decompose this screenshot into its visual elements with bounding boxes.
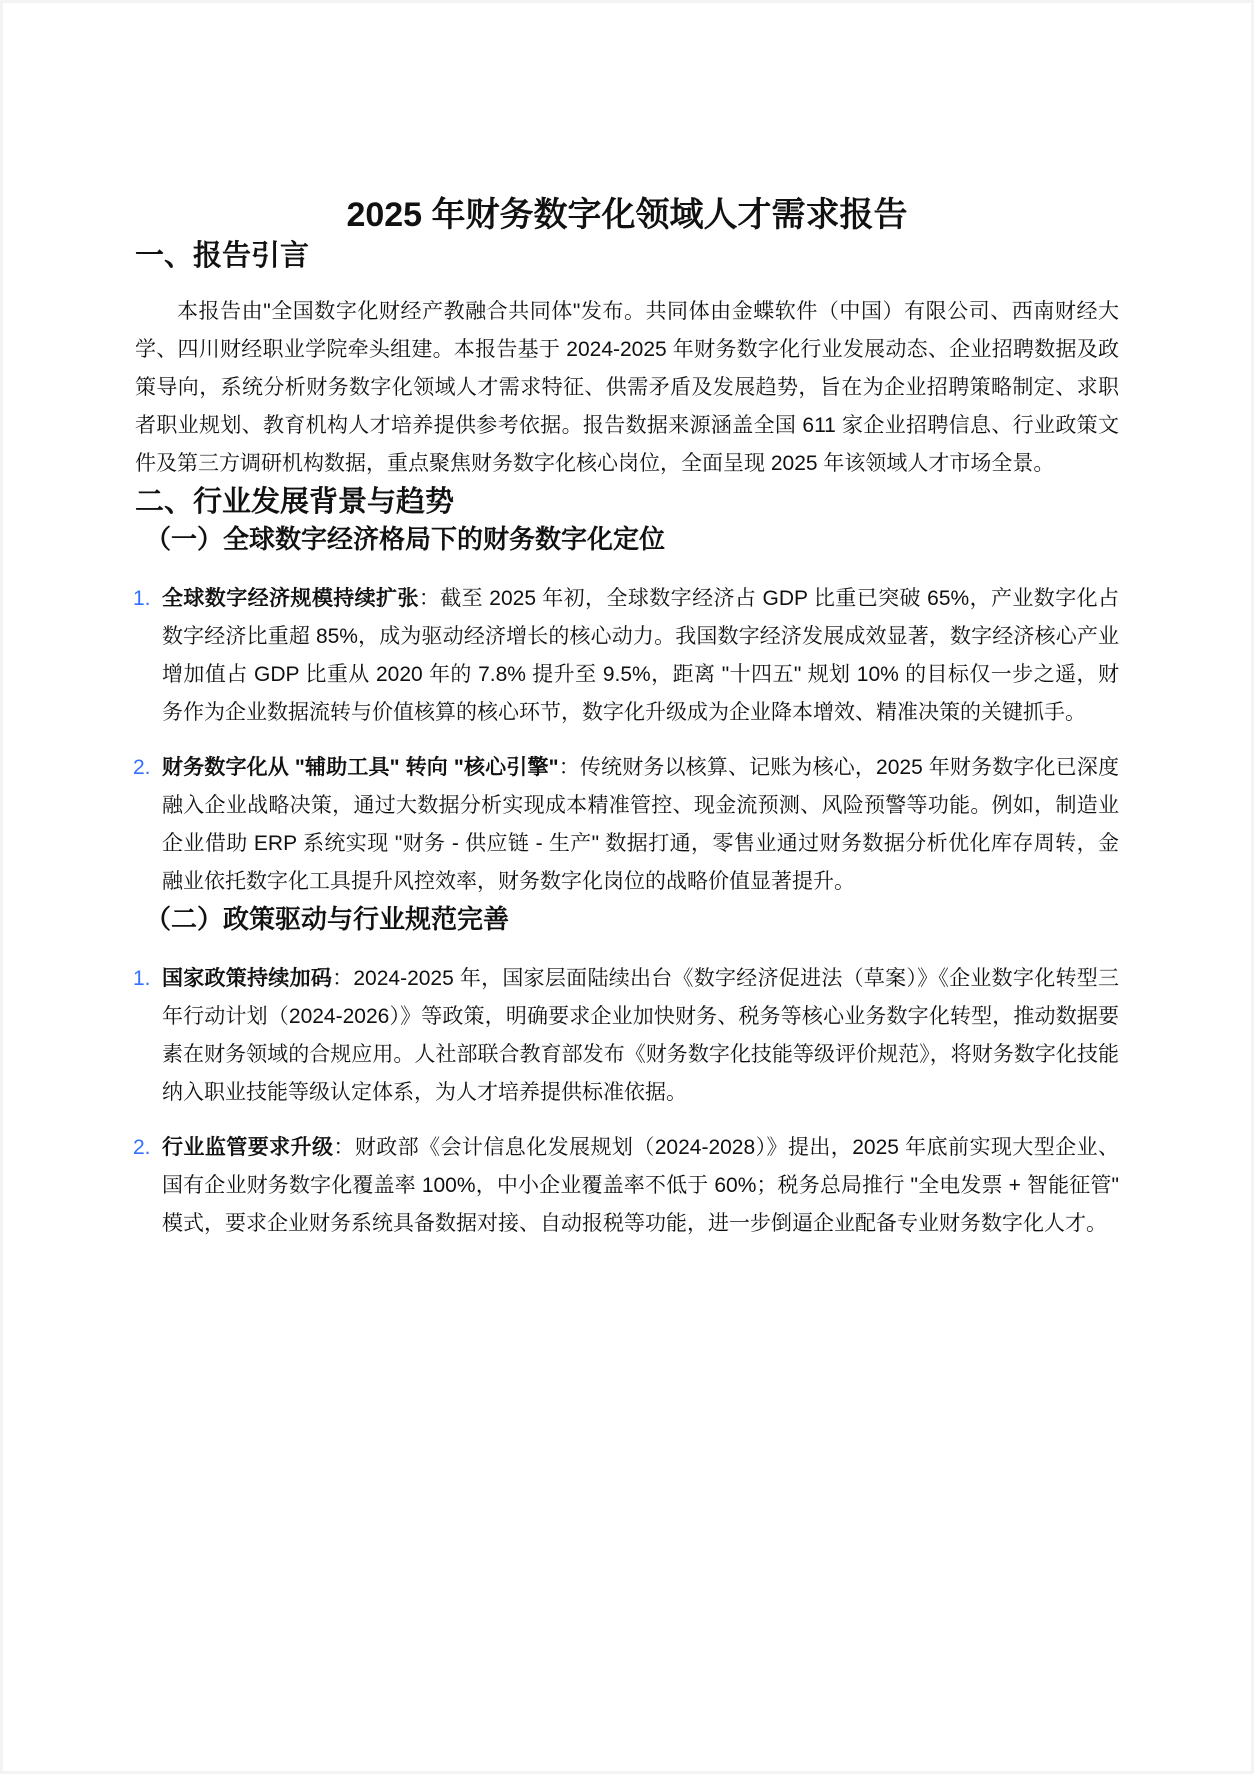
document-viewport: { "doc": { "title": "2025 年财务数字化领域人才需求报告… [0,0,1254,1774]
intro-paragraph: 本报告由"全国数字化财经产教融合共同体"发布。共同体由金蝶软件（中国）有限公司、… [135,293,1119,483]
list-item-label: 财务数字化从 "辅助工具" 转向 "核心引擎" [162,756,559,779]
document-title: 2025 年财务数字化领域人才需求报告 [135,3,1119,237]
list-item-number: 1. [133,580,151,618]
list-item-number: 1. [133,960,151,998]
list-item-number: 2. [133,1129,151,1167]
document-page: 2025 年财务数字化领域人才需求报告 一、报告引言 本报告由"全国数字化财经产… [3,3,1251,1243]
ordered-list-global-economy: 1. 全球数字经济规模持续扩张：截至 2025 年初，全球数字经济占 GDP 比… [135,580,1119,901]
list-item-label: 行业监管要求升级 [162,1136,333,1159]
subsection-policy-heading: （二）政策驱动与行业规范完善 [145,901,1119,937]
list-item: 1. 国家政策持续加码：2024-2025 年，国家层面陆续出台《数字经济促进法… [135,960,1119,1112]
list-item-label: 全球数字经济规模持续扩张 [162,587,419,610]
list-item-label: 国家政策持续加码 [162,967,332,990]
subsection-global-economy-heading: （一）全球数字经济格局下的财务数字化定位 [145,521,1119,557]
list-item: 2. 财务数字化从 "辅助工具" 转向 "核心引擎"：传统财务以核算、记账为核心… [135,749,1119,901]
list-item: 2. 行业监管要求升级：财政部《会计信息化发展规划（2024-2028）》提出，… [135,1129,1119,1243]
list-item-number: 2. [133,749,151,787]
section-intro-heading: 一、报告引言 [135,237,1119,275]
ordered-list-policy: 1. 国家政策持续加码：2024-2025 年，国家层面陆续出台《数字经济促进法… [135,960,1119,1243]
section-industry-heading: 二、行业发展背景与趋势 [135,483,1119,521]
list-item: 1. 全球数字经济规模持续扩张：截至 2025 年初，全球数字经济占 GDP 比… [135,580,1119,732]
